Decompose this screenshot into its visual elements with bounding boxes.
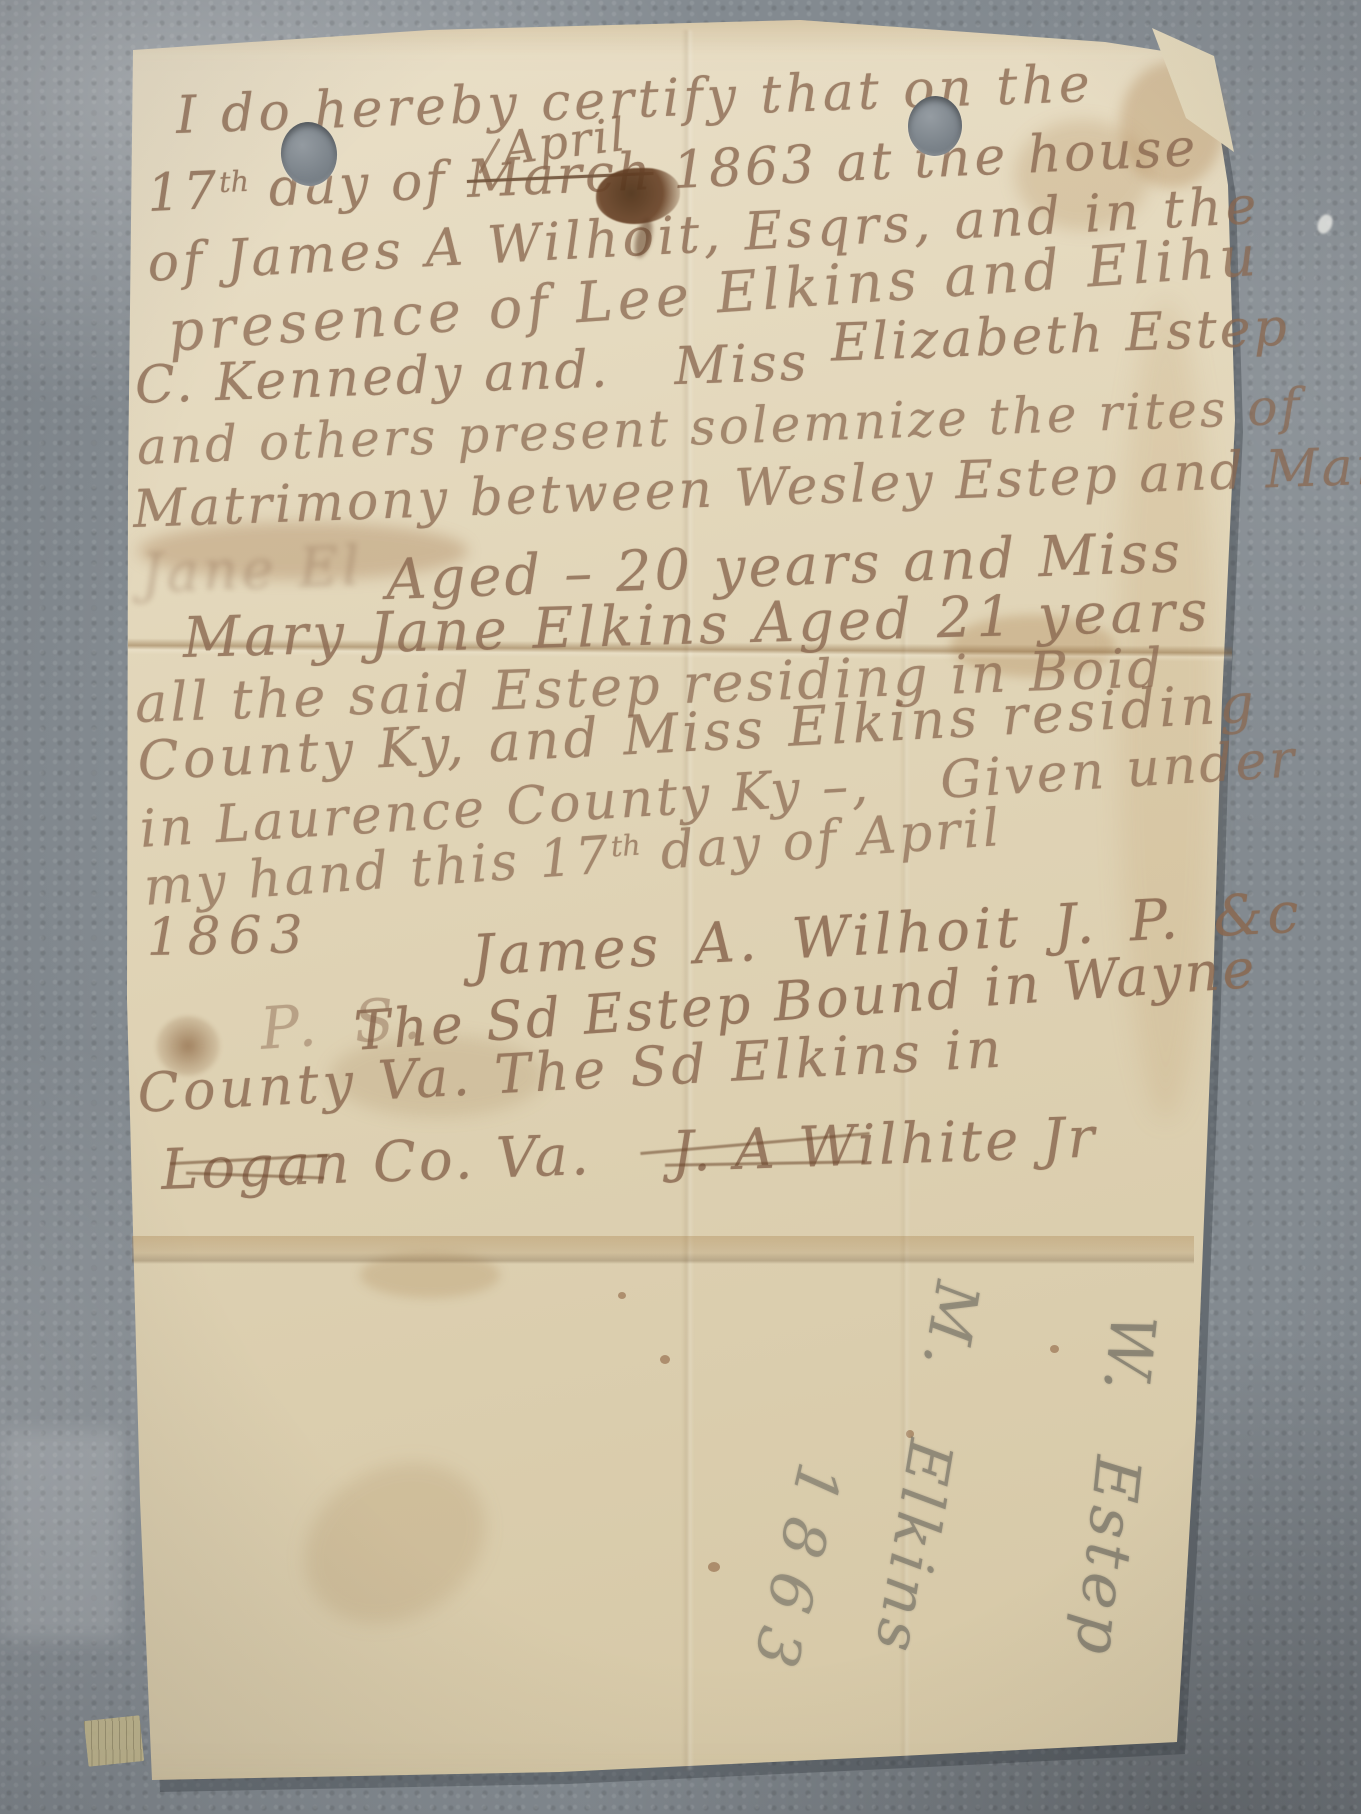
foxing-dot <box>660 1355 670 1364</box>
line5-miss: Miss <box>673 332 810 397</box>
day-number: 17 <box>146 161 221 224</box>
ordinal: th <box>610 828 642 864</box>
fold-line-lower <box>132 1236 1194 1264</box>
doc-line-14-year: 1863 <box>146 905 311 968</box>
photo-of-document: I do hereby certify that on the April 17… <box>0 0 1361 1814</box>
foxing-dot <box>618 1292 626 1299</box>
doc-line-8-faded: Jane El <box>140 534 365 605</box>
foxing-dot <box>708 1562 720 1572</box>
small-label-fragment <box>84 1715 145 1767</box>
worn-patch <box>0 1430 122 1640</box>
foxing-dot <box>1050 1345 1059 1353</box>
ordinal: th <box>218 164 249 199</box>
